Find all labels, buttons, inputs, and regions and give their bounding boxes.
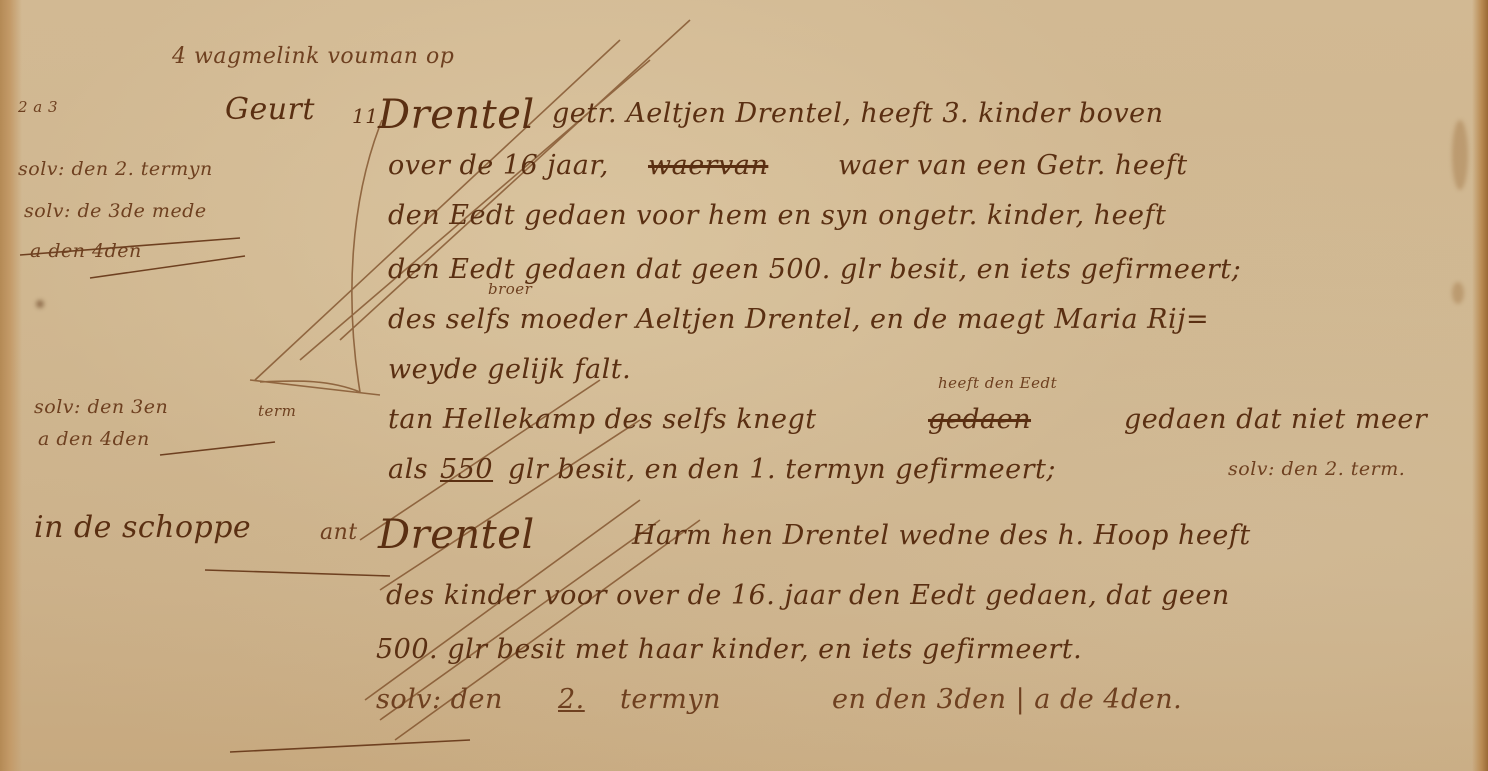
entry-line: 500. glr besit met haar kinder, en iets … bbox=[376, 634, 1082, 665]
paper-stain bbox=[36, 300, 44, 308]
entry-line: tan Hellekamp des selfs knegt bbox=[388, 404, 817, 435]
entry-surname: Drentel bbox=[378, 512, 535, 558]
interlinear-insert: heeft den Eedt bbox=[938, 374, 1057, 392]
term-word: termyn bbox=[620, 684, 721, 715]
person-first-name: Geurt bbox=[225, 92, 315, 127]
entry-line: glr besit, en den 1. termyn gefirmeert; bbox=[508, 454, 1056, 485]
entry-line: over de 16 jaar, bbox=[388, 150, 609, 181]
entry-number: 11 bbox=[352, 104, 378, 128]
struck-word: waervan bbox=[648, 150, 768, 181]
entry-line: als bbox=[388, 454, 428, 485]
margin-note-top: 2 a 3 bbox=[18, 98, 58, 116]
entry-line: getr. Aeltjen Drentel, heeft 3. kinder b… bbox=[552, 98, 1163, 129]
paper-stain bbox=[1452, 282, 1464, 304]
header-note: 4 wagmelink vouman op bbox=[172, 44, 454, 69]
margin-note: a den 4den bbox=[30, 240, 142, 262]
entry-line: den Eedt gedaen voor hem en syn ongetr. … bbox=[388, 200, 1166, 231]
entry-line: des selfs moeder Aeltjen Drentel, en de … bbox=[388, 304, 1209, 335]
entry-line: des kinder voor over de 16. jaar den Eed… bbox=[386, 580, 1230, 611]
margin-note: solv: de 3de mede bbox=[24, 200, 207, 222]
margin-note-sub: term bbox=[258, 402, 296, 420]
paper-stain bbox=[1452, 120, 1468, 190]
term-number: 2. bbox=[558, 684, 585, 715]
entry-line: solv: den bbox=[376, 684, 503, 715]
amount: 550 bbox=[440, 454, 493, 485]
entry-line: en den 3den | a de 4den. bbox=[832, 684, 1182, 715]
manuscript-page: 4 wagmelink vouman op Geurt 11 2 a 3 sol… bbox=[0, 0, 1488, 771]
margin-note: a den 4den bbox=[38, 428, 150, 450]
page-edge bbox=[1472, 0, 1488, 771]
interlinear-insert: broer bbox=[488, 280, 532, 298]
entry-line: Harm hen Drentel wedne des h. Hoop heeft bbox=[632, 520, 1251, 551]
margin-entry-abbrev: ant bbox=[320, 520, 358, 545]
entry-line: gedaen dat niet meer bbox=[1124, 404, 1427, 435]
margin-note: solv: den 3en bbox=[34, 396, 168, 418]
margin-note: solv: den 2. term. bbox=[1228, 458, 1405, 480]
entry-line: waer van een Getr. heeft bbox=[838, 150, 1188, 181]
struck-word: gedaen bbox=[928, 404, 1031, 435]
margin-entry-label: in de schoppe bbox=[34, 510, 251, 545]
entry-surname: Drentel bbox=[378, 92, 535, 138]
margin-note: solv: den 2. termyn bbox=[18, 158, 213, 180]
entry-line: weyde gelijk falt. bbox=[388, 354, 631, 385]
